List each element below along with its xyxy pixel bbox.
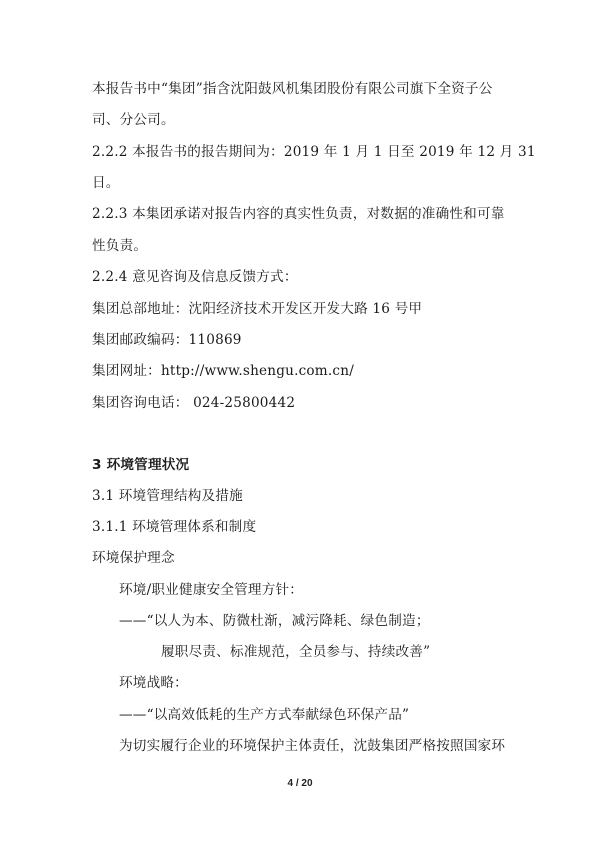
contact-website: 集团网址：http://www.shengu.com.cn/ xyxy=(92,362,354,380)
concept-title: 环境保护理念 xyxy=(92,549,175,567)
paragraph-line: 日。 xyxy=(92,174,120,192)
policy-line: 履职尽责、标准规范，全员参与、持续改善” xyxy=(161,643,430,661)
contact-heading: 2.2.4 意见咨询及信息反馈方式： xyxy=(92,268,298,286)
paragraph-line: 2.2.3 本集团承诺对报告内容的真实性负责，对数据的准确性和可靠 xyxy=(92,205,505,223)
document-page: 本报告书中“集团”指含沈阳鼓风机集团股份有限公司旗下全资子公 司、分公司。 2.… xyxy=(0,0,600,848)
section-heading: 3 环境管理状况 xyxy=(92,456,189,474)
subsection-heading: 3.1 环境管理结构及措施 xyxy=(92,487,243,505)
contact-address: 集团总部地址：沈阳经济技术开发区开发大路 16 号甲 xyxy=(92,300,422,318)
page-number: 4 / 20 xyxy=(0,778,600,789)
strategy-title: 环境战略： xyxy=(119,674,188,692)
policy-line: ——“以人为本、防微杜渐，减污降耗、绿色制造； xyxy=(119,612,430,630)
contact-phone: 集团咨询电话： 024-25800442 xyxy=(92,394,295,412)
paragraph-line: 为切实履行企业的环境保护主体责任，沈鼓集团严格按照国家环 xyxy=(119,737,505,755)
paragraph-line: 性负责。 xyxy=(92,237,147,255)
paragraph-line: 司、分公司。 xyxy=(92,111,175,129)
contact-postcode: 集团邮政编码：110869 xyxy=(92,331,242,349)
strategy-line: ——“以高效低耗的生产方式奉献绿色环保产品” xyxy=(119,706,409,724)
paragraph-line: 2.2.2 本报告书的报告期间为：2019 年 1 月 1 日至 2019 年 … xyxy=(92,143,536,161)
policy-title: 环境/职业健康安全管理方针： xyxy=(119,581,303,599)
paragraph-line: 本报告书中“集团”指含沈阳鼓风机集团股份有限公司旗下全资子公 xyxy=(92,80,493,98)
subsection-heading: 3.1.1 环境管理体系和制度 xyxy=(92,518,256,536)
